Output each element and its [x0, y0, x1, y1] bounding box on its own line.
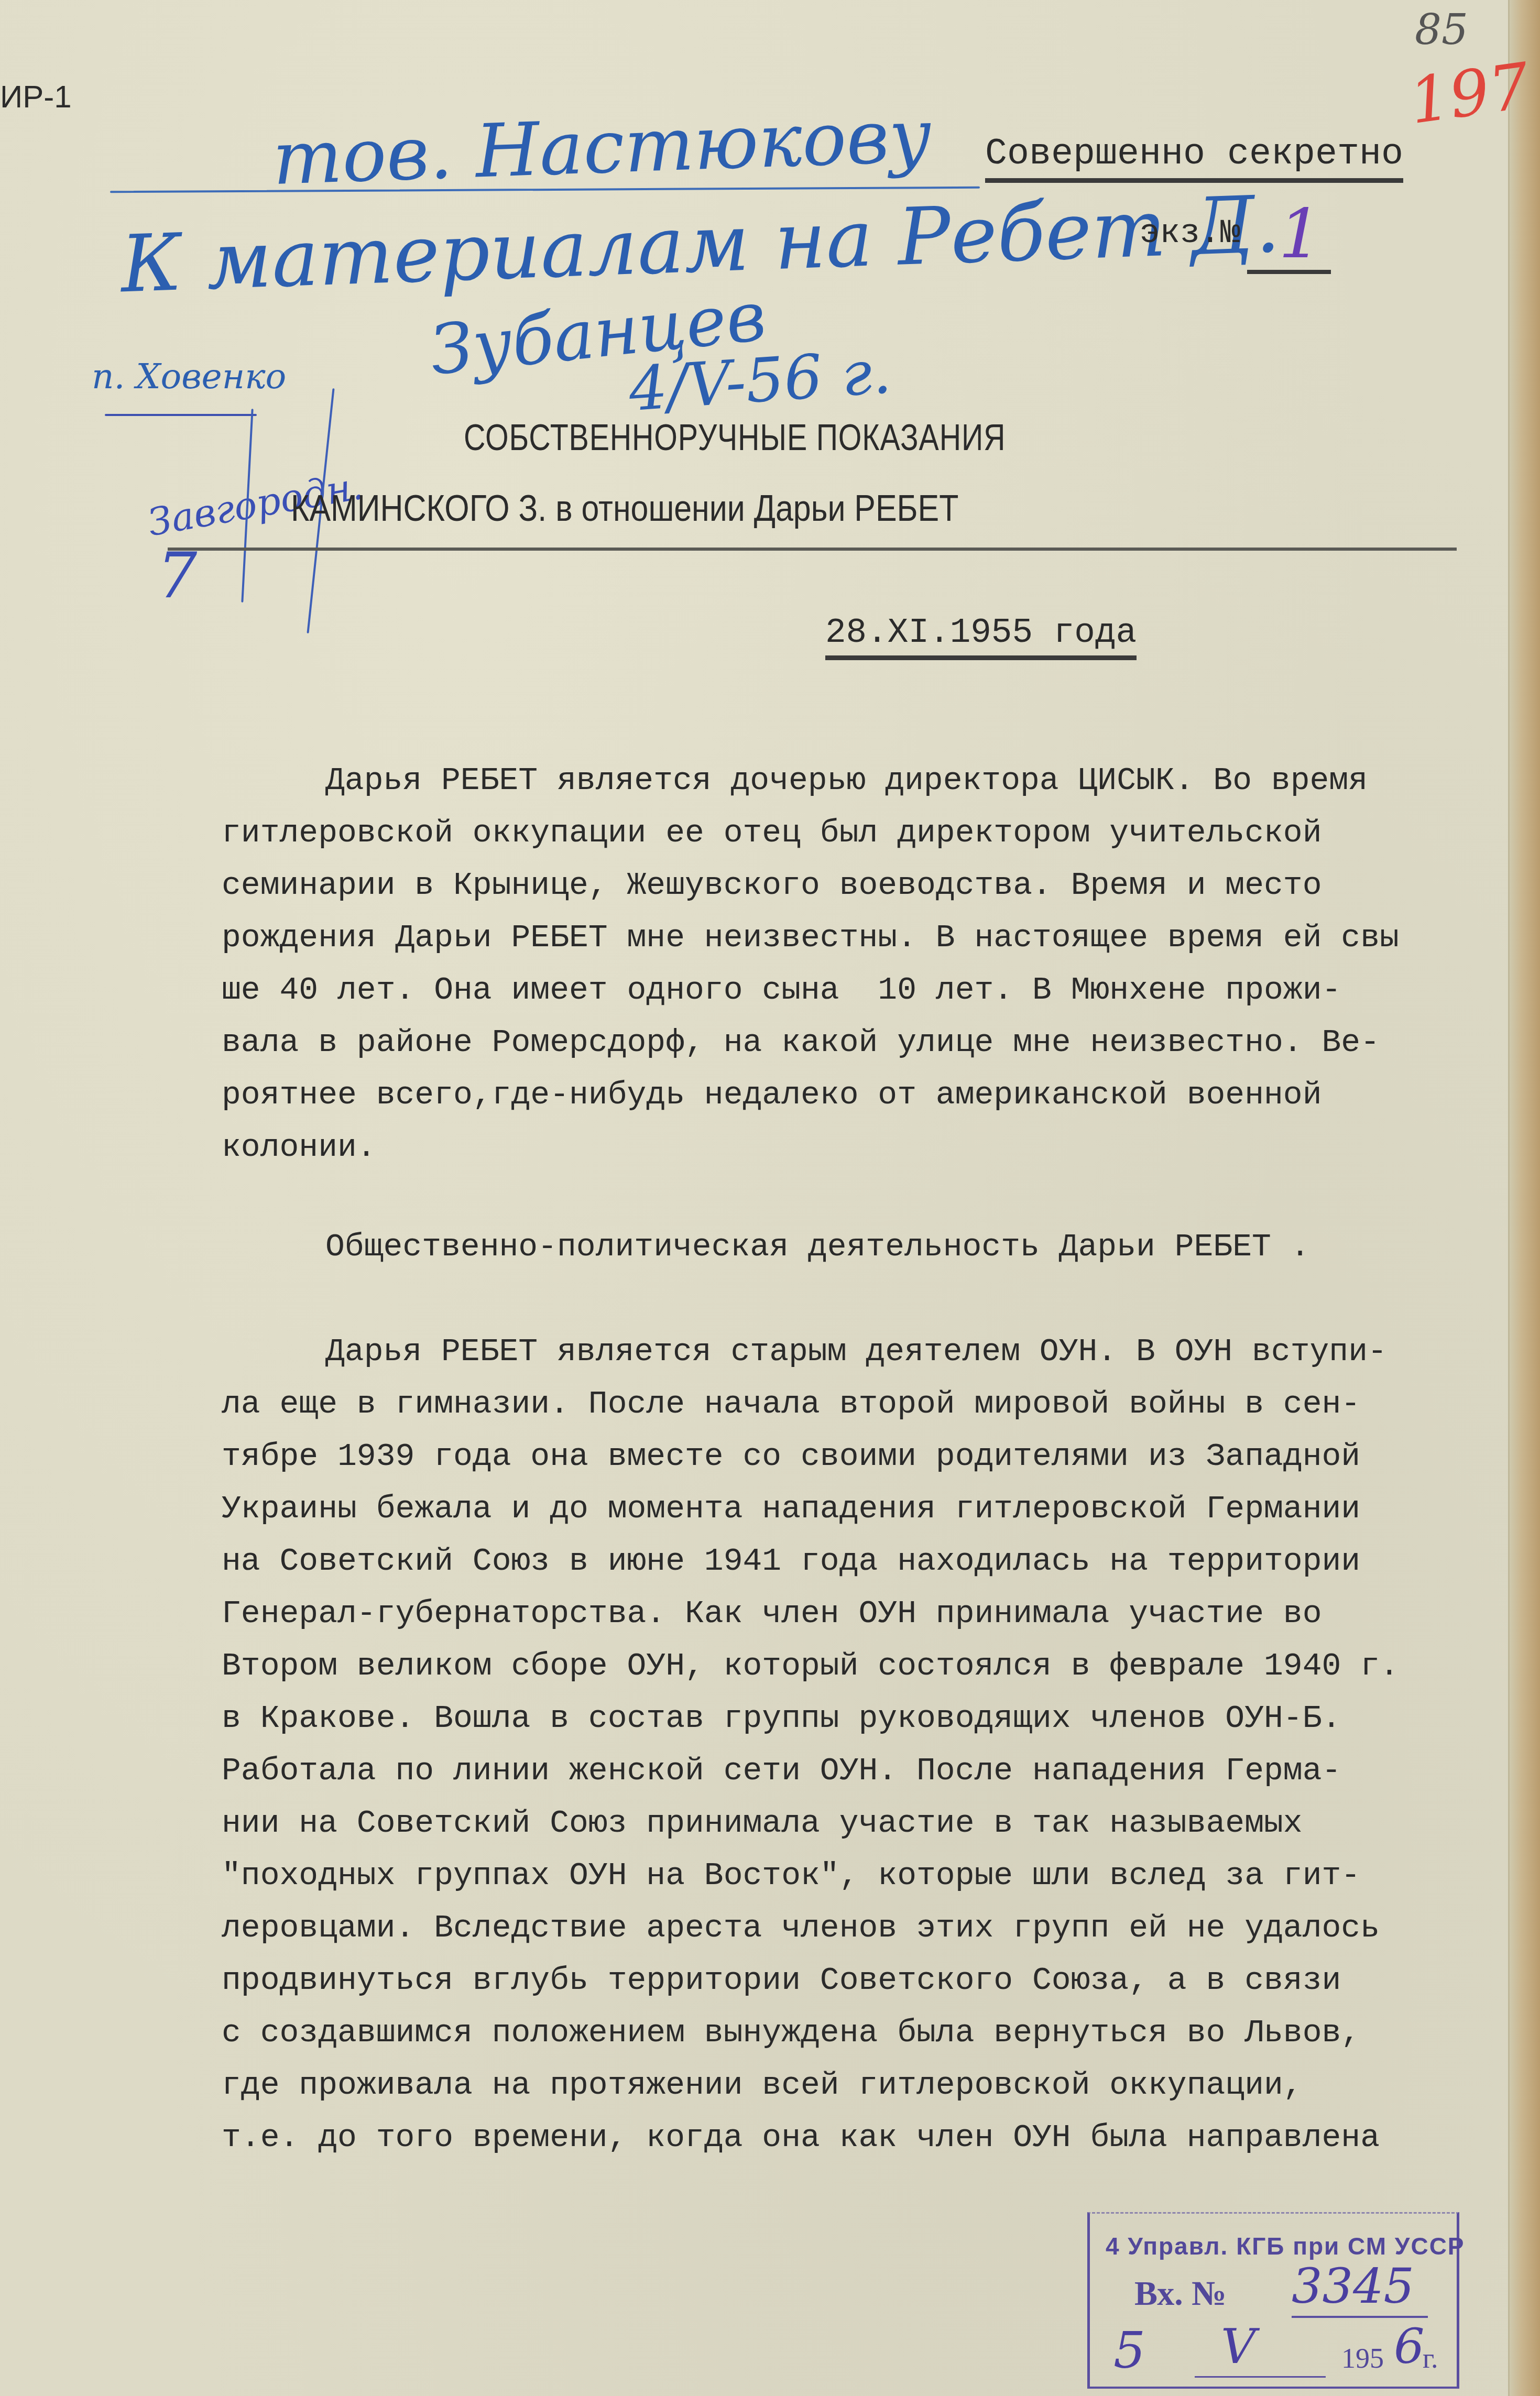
stamp-month: V — [1221, 2318, 1255, 2375]
text-line: в Кракове. Вошла в состав группы руковод… — [222, 1692, 1341, 1745]
document-date: 28.XI.1955 года — [825, 613, 1137, 660]
text-line: продвинуться вглубь территории Советског… — [222, 1954, 1341, 2007]
stamp-year-unit: г. — [1423, 2342, 1438, 2375]
document-subtitle: КАМИНСКОГО З. в отношении Дарьи РЕБЕТ — [291, 487, 958, 529]
text-line: рождения Дарьи РЕБЕТ мне неизвестны. В н… — [222, 912, 1399, 964]
text-line: Украины бежала и до момента нападения ги… — [222, 1483, 1360, 1535]
text-line: Генерал-губернаторства. Как член ОУН при… — [222, 1588, 1322, 1640]
document-page: ИР-1 85 197 тов. Настюкову Совершенно се… — [0, 0, 1540, 2396]
text-line: роятнее всего,где-нибудь недалеко от аме… — [222, 1069, 1322, 1121]
text-line: ше 40 лет. Она имеет одного сына 10 лет.… — [222, 964, 1341, 1016]
copy-number-value: 1 — [1279, 194, 1322, 273]
text-line: Работала по линии женской сети ОУН. Посл… — [222, 1745, 1341, 1797]
margin-note: п. Ховенко — [92, 356, 286, 397]
subtitle-underline — [168, 548, 1457, 551]
text-line: колонии. — [222, 1121, 376, 1174]
stamp-day: 5 — [1113, 2321, 1145, 2380]
form-code: ИР-1 — [0, 79, 72, 115]
margin-note-underline — [105, 414, 257, 416]
text-line: на Советский Союз в июне 1941 года наход… — [222, 1535, 1360, 1588]
stamp-year-prefix: 195 — [1341, 2342, 1384, 2375]
stamp-date-line — [1195, 2376, 1326, 2378]
page-edge-strip — [1508, 0, 1540, 2396]
text-line: Дарья РЕБЕТ является старым деятелем ОУН… — [325, 1326, 1387, 1378]
text-line: "походных группах ОУН на Восток", которы… — [222, 1850, 1360, 1902]
registration-stamp: 4 Управл. КГБ при СМ УССР Вх. № 3345 5 V… — [1087, 2212, 1459, 2389]
text-line: где проживала на протяжении всей гитлеро… — [222, 2059, 1303, 2111]
text-line: Дарья РЕБЕТ является дочерью директора Ц… — [325, 754, 1368, 807]
stamp-incoming-label: Вх. № — [1134, 2274, 1226, 2314]
text-line: нии на Советский Союз принимала участие … — [222, 1797, 1303, 1850]
text-line: вала в районе Ромерсдорф, на какой улице… — [222, 1016, 1380, 1069]
stamp-header: 4 Управл. КГБ при СМ УССР — [1106, 2232, 1465, 2260]
text-line: Втором великом сборе ОУН, который состоя… — [222, 1640, 1399, 1692]
document-title: СОБСТВЕННОРУЧНЫЕ ПОКАЗАНИЯ — [464, 417, 1006, 458]
page-number-pencil: 85 — [1415, 5, 1468, 54]
section-heading: Общественно-политическая деятельность Да… — [325, 1221, 1310, 1273]
classification-label: Совершенно секретно — [985, 134, 1403, 183]
copy-number-label: экз.№ — [1140, 215, 1240, 253]
stamp-year-suffix: 6 — [1394, 2318, 1425, 2375]
text-line: тябре 1939 года она вместе со своими род… — [222, 1430, 1360, 1483]
text-line: гитлеровской оккупации ее отец был дирек… — [222, 807, 1322, 859]
text-line: семинарии в Крынице, Жешувского воеводст… — [222, 859, 1322, 912]
text-line: с создавшимся положением вынуждена была … — [222, 2007, 1360, 2059]
handwritten-addressee: тов. Настюкову — [271, 93, 933, 202]
copy-number-underline — [1247, 270, 1331, 274]
text-line: т.е. до того времени, когда она как член… — [222, 2111, 1380, 2164]
stamp-incoming-number: 3345 — [1292, 2258, 1414, 2314]
stamp-number-line — [1292, 2316, 1428, 2318]
text-line: леровцами. Вследствие ареста членов этих… — [222, 1902, 1380, 1954]
text-line: ла еще в гимназии. После начала второй м… — [222, 1378, 1360, 1430]
